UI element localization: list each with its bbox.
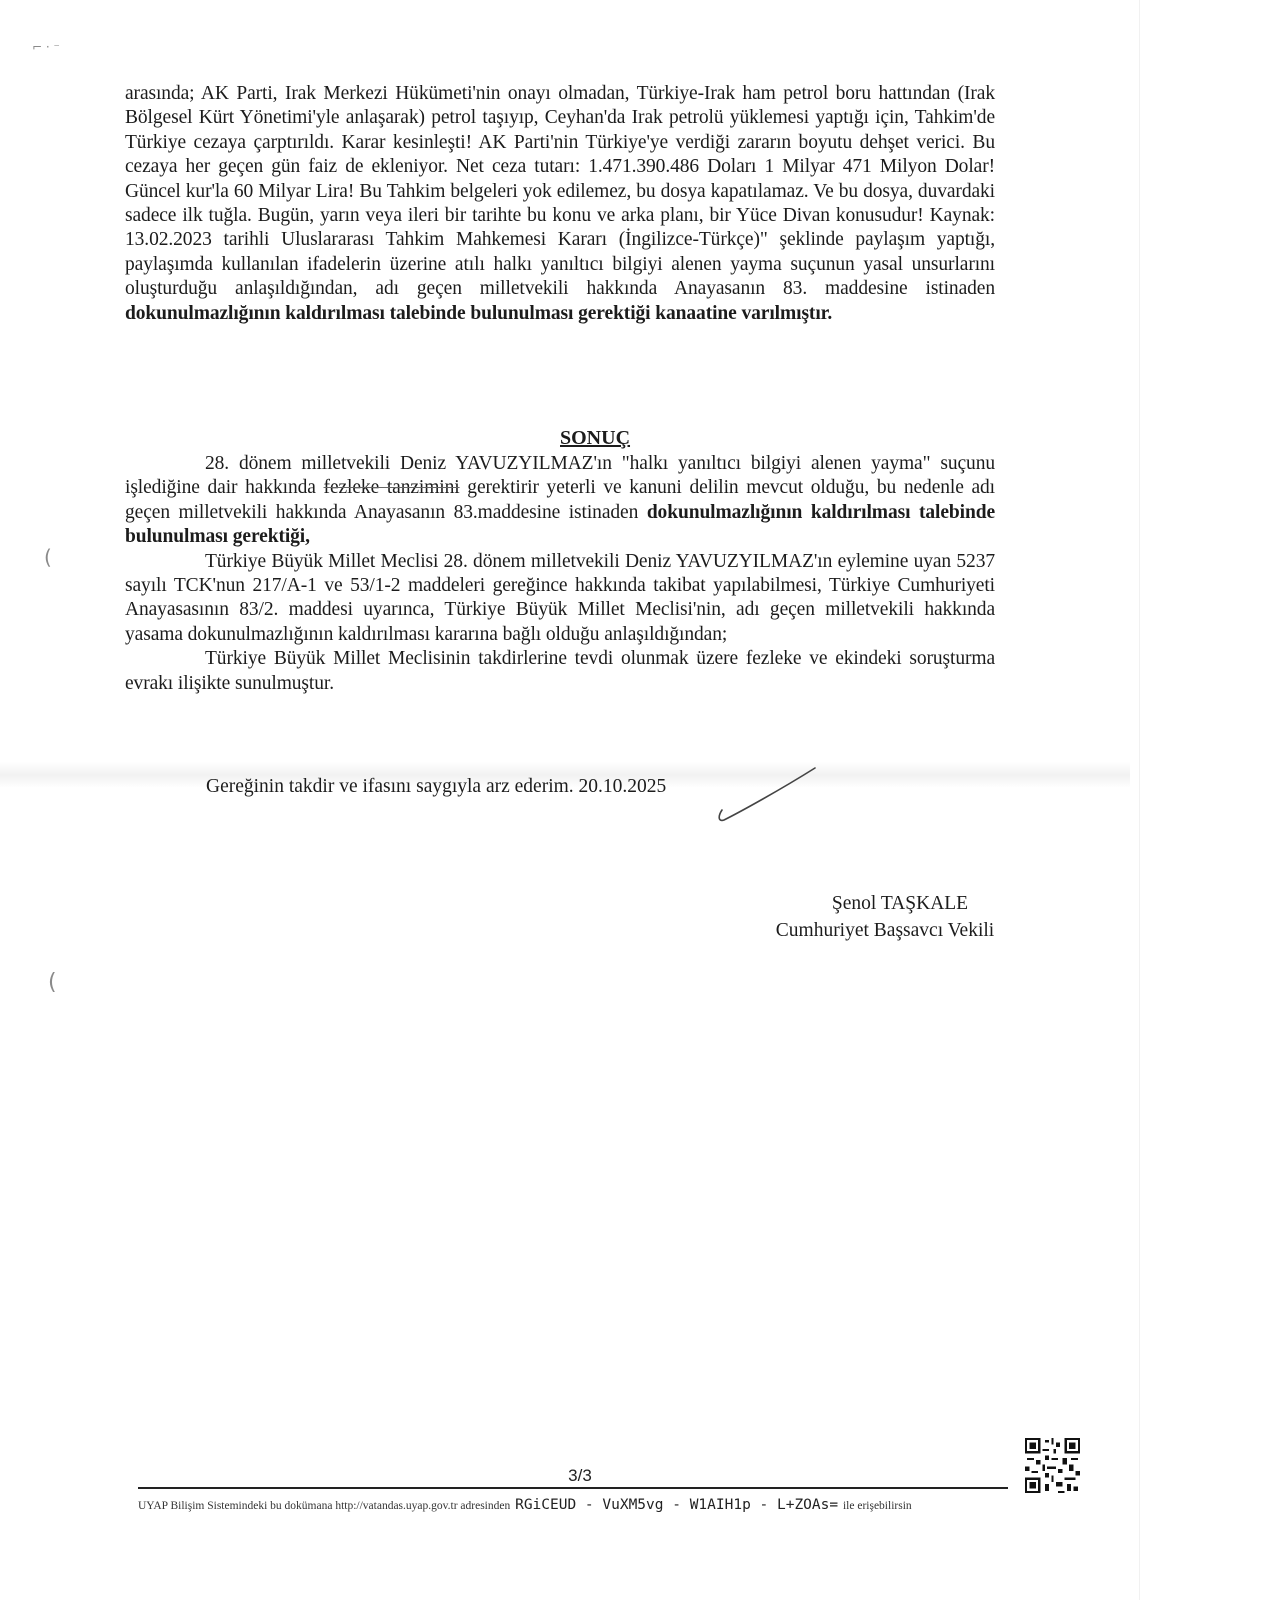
sonuc-paragraph-3: Türkiye Büyük Millet Meclisinin takdirle… <box>125 647 995 696</box>
document-body: arasında; AK Parti, Irak Merkezi Hükümet… <box>125 82 995 326</box>
sonuc-paragraph-1: 28. dönem milletvekili Deniz YAVUZYILMAZ… <box>125 452 995 550</box>
verification-code: RGiCEUD - VuXM5vg - W1AIH1p - L+ZOAs= <box>515 1497 838 1513</box>
qr-code-icon[interactable] <box>1025 1438 1080 1493</box>
punch-hole-mark: ( <box>48 970 57 995</box>
footer-divider <box>138 1487 1008 1489</box>
closing-statement: Gereğinin takdir ve ifasını saygıyla arz… <box>206 776 666 798</box>
sonuc-section: 28. dönem milletvekili Deniz YAVUZYILMAZ… <box>125 452 995 696</box>
signer-block: Şenol TAŞKALE Cumhuriyet Başsavcı Vekili <box>760 890 1010 944</box>
sonuc-paragraph-2: Türkiye Büyük Millet Meclisi 28. dönem m… <box>125 550 995 648</box>
signature-icon <box>700 760 830 830</box>
paragraph-text: arasında; AK Parti, Irak Merkezi Hükümet… <box>125 83 995 299</box>
scan-artifact-mark: ⌐ · ⁻ <box>32 40 60 54</box>
footer-prefix: UYAP Bilişim Sistemindeki bu dokümana ht… <box>138 1500 510 1512</box>
section-heading-sonuc: SONUÇ <box>560 427 630 450</box>
scan-edge <box>1139 0 1140 1600</box>
signer-name: Şenol TAŞKALE <box>760 890 1010 917</box>
paragraph-continuation: arasında; AK Parti, Irak Merkezi Hükümet… <box>125 82 995 326</box>
struck-text: fezleke tanzimini <box>324 477 460 498</box>
footer-verification: UYAP Bilişim Sistemindeki bu dokümana ht… <box>138 1497 1028 1513</box>
footer-suffix: ile erişebilirsin <box>843 1500 912 1512</box>
paragraph-bold-text: dokunulmazlığının kaldırılması talebinde… <box>125 303 832 324</box>
signer-title: Cumhuriyet Başsavcı Vekili <box>776 920 994 941</box>
punch-hole-mark: ( <box>44 545 52 569</box>
page-number: 3/3 <box>560 1466 600 1486</box>
